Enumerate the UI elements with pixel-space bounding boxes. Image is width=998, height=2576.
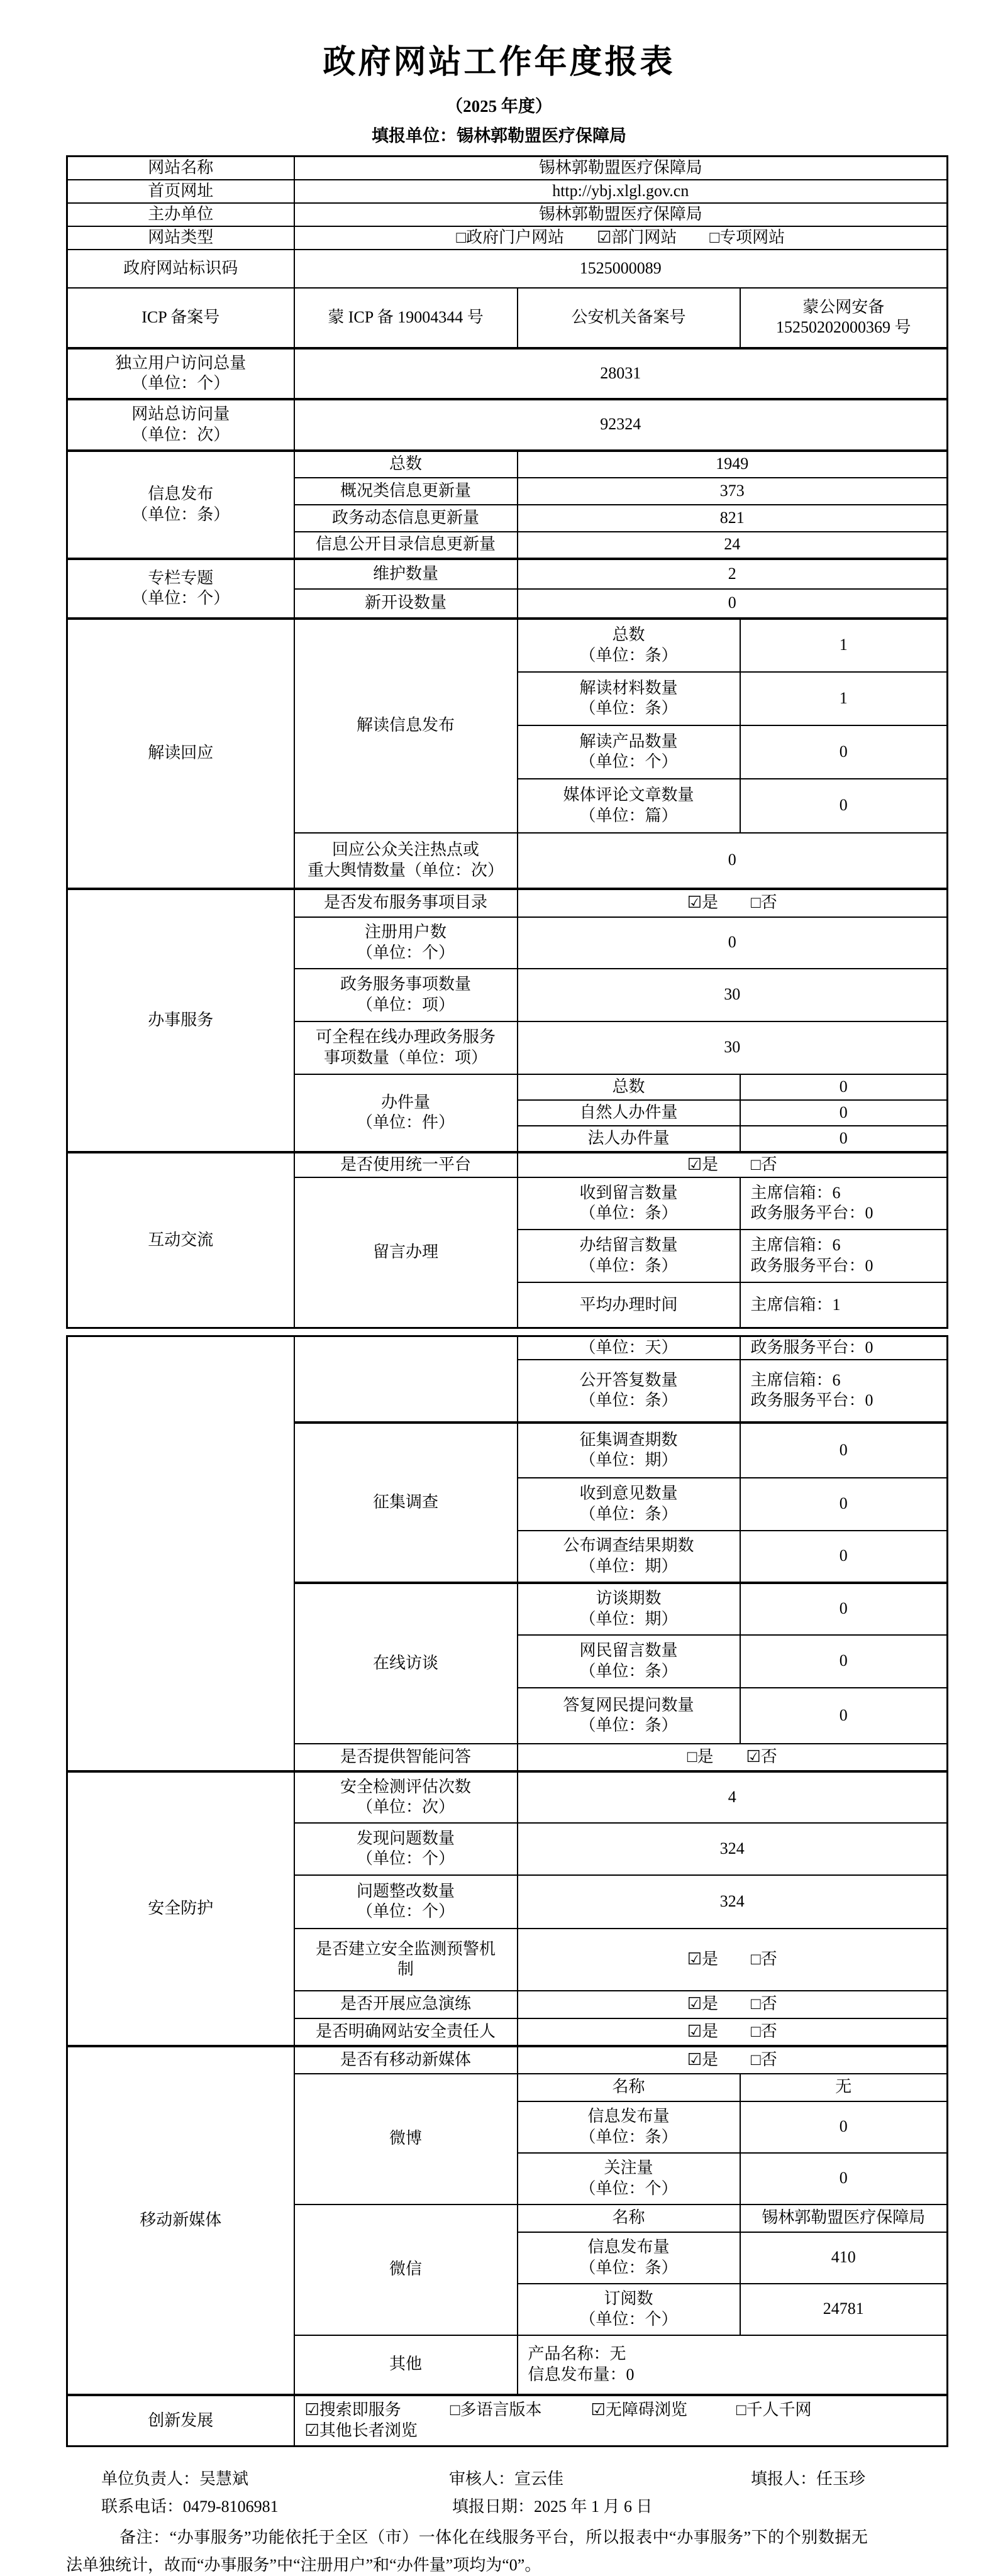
service-catalog-label: 是否发布服务事项目录 [294, 889, 518, 917]
remark-note: 备注：“办事服务”功能依托于全区（市）一体化在线服务平台，所以报表中“办事服务”… [66, 2524, 946, 2576]
form-filler: 填报人：任玉珍 [751, 2466, 865, 2489]
other-media-value: 产品名称：无 信息发布量：0 [518, 2335, 948, 2395]
security-monitor-label: 是否建立安全监测预警机 制 [294, 1929, 518, 1991]
info-overview-value: 373 [518, 478, 948, 505]
site-code-label: 政府网站标识码 [67, 250, 294, 288]
columns-section-label: 专栏专题 （单位：个） [67, 559, 294, 619]
reporting-unit: 填报单位：锡林郭勒盟医疗保障局 [0, 122, 998, 146]
message-done-label: 办结留言数量 （单位：条） [518, 1230, 740, 1282]
interview-reply-label: 答复网民提问数量 （单位：条） [518, 1688, 740, 1744]
security-monitor-checkboxes: ☑是 □否 [518, 1929, 948, 1991]
wechat-pub-label: 信息发布量 （单位：条） [518, 2232, 740, 2284]
info-pub-section-label: 信息发布 （单位：条） [67, 451, 294, 559]
security-found-label: 发现问题数量 （单位：个） [294, 1823, 518, 1875]
report-page: 政府网站工作年度报表 （2025 年度） 填报单位：锡林郭勒盟医疗保障局 网站名… [0, 0, 998, 2576]
interview-reply-value: 0 [740, 1688, 948, 1744]
police-record-label: 公安机关备案号 [518, 288, 740, 348]
unified-platform-label: 是否使用统一平台 [294, 1152, 518, 1177]
info-total-value: 1949 [518, 451, 948, 478]
unique-visitors-value: 28031 [294, 348, 948, 399]
service-reg-users-value: 0 [518, 917, 948, 969]
interpret-media-label: 媒体评论文章数量 （单位：篇） [518, 779, 740, 833]
service-online-items-label: 可全程在线办理政务服务 事项数量（单位：项） [294, 1021, 518, 1074]
public-reply-value: 主席信箱：6 政务服务平台：0 [740, 1360, 948, 1423]
filling-date: 填报日期：2025 年 1 月 6 日 [452, 2494, 653, 2517]
organizer-value: 锡林郭勒盟医疗保障局 [294, 203, 948, 226]
interview-count-label: 访谈期数 （单位：期） [518, 1583, 740, 1635]
public-reply-label: 公开答复数量 （单位：条） [518, 1360, 740, 1423]
weibo-follow-label: 关注量 （单位：个） [518, 2153, 740, 2204]
columns-new-label: 新开设数量 [294, 589, 518, 619]
security-owner-label: 是否明确网站安全责任人 [294, 2018, 518, 2046]
weibo-name-label: 名称 [518, 2074, 740, 2101]
other-media-label: 其他 [294, 2335, 518, 2395]
wechat-pub-value: 410 [740, 2232, 948, 2284]
footer-contact-row: 联系电话：0479-8106981 填报日期：2025 年 1 月 6 日 [66, 2494, 946, 2521]
weibo-name-value: 无 [740, 2074, 948, 2101]
volume-legal-value: 0 [740, 1126, 948, 1152]
service-items-value: 30 [518, 969, 948, 1021]
interact-section-label: 互动交流 [67, 1152, 294, 1328]
columns-new-value: 0 [518, 589, 948, 619]
innovation-checkboxes: ☑搜索即服务 □多语言版本 ☑无障碍浏览 □千人千网 ☑其他长者浏览 [294, 2395, 948, 2447]
info-total-label: 总数 [294, 451, 518, 478]
interpret-media-value: 0 [740, 779, 948, 833]
interpret-total-label: 总数 （单位：条） [518, 619, 740, 672]
interview-msg-label: 网民留言数量 （单位：条） [518, 1635, 740, 1688]
contact-phone: 联系电话：0479-8106981 [101, 2494, 279, 2517]
message-received-value: 主席信箱：6 政务服务平台：0 [740, 1177, 948, 1230]
unique-visitors-label: 独立用户访问总量 （单位：个） [67, 348, 294, 399]
columns-maintain-value: 2 [518, 559, 948, 589]
wechat-name-label: 名称 [518, 2204, 740, 2232]
info-catalog-value: 24 [518, 532, 948, 559]
message-handling-continued [294, 1336, 518, 1423]
total-visits-value: 92324 [294, 399, 948, 451]
interpret-hotspot-label: 回应公众关注热点或 重大舆情数量（单位：次） [294, 833, 518, 889]
interview-section-label: 在线访谈 [294, 1583, 518, 1744]
message-avg-time-value: 主席信箱：1 [740, 1282, 948, 1328]
home-url-value: http://ybj.xlgl.gov.cn [294, 180, 948, 203]
total-visits-label: 网站总访问量 （单位：次） [67, 399, 294, 451]
has-mobile-checkboxes: ☑是 □否 [518, 2046, 948, 2074]
message-avg-time-value2: 政务服务平台：0 [740, 1336, 948, 1360]
security-assess-value: 4 [518, 1771, 948, 1823]
message-avg-time-label: 平均办理时间 [518, 1282, 740, 1328]
volume-person-label: 自然人办件量 [518, 1100, 740, 1126]
volume-total-label: 总数 [518, 1074, 740, 1100]
security-owner-checkboxes: ☑是 □否 [518, 2018, 948, 2046]
survey-count-label: 征集调查期数 （单位：期） [518, 1423, 740, 1478]
survey-result-label: 公布调查结果期数 （单位：期） [518, 1531, 740, 1583]
site-name-label: 网站名称 [67, 157, 294, 180]
service-items-label: 政务服务事项数量 （单位：项） [294, 969, 518, 1021]
interpret-material-value: 1 [740, 672, 948, 725]
icp-value: 蒙 ICP 备 19004344 号 [294, 288, 518, 348]
message-done-value: 主席信箱：6 政务服务平台：0 [740, 1230, 948, 1282]
footer-signature-row: 单位负责人：吴慧斌 审核人：宣云佳 填报人：任玉珍 [66, 2466, 946, 2494]
organizer-label: 主办单位 [67, 203, 294, 226]
report-table-part1: 网站名称锡林郭勒盟医疗保障局 首页网址http://ybj.xlgl.gov.c… [66, 155, 948, 1329]
interpret-total-value: 1 [740, 619, 948, 672]
wechat-sub-label: 订阅数 （单位：个） [518, 2284, 740, 2335]
weibo-pub-value: 0 [740, 2101, 948, 2153]
security-found-value: 324 [518, 1823, 948, 1875]
page-title: 政府网站工作年度报表 [0, 0, 998, 82]
columns-maintain-label: 维护数量 [294, 559, 518, 589]
security-fixed-label: 问题整改数量 （单位：个） [294, 1875, 518, 1929]
site-code-value: 1525000089 [294, 250, 948, 288]
service-reg-users-label: 注册用户数 （单位：个） [294, 917, 518, 969]
weibo-follow-value: 0 [740, 2153, 948, 2204]
interpret-hotspot-value: 0 [518, 833, 948, 889]
info-overview-label: 概况类信息更新量 [294, 478, 518, 505]
smart-qa-label: 是否提供智能问答 [294, 1744, 518, 1771]
volume-person-value: 0 [740, 1100, 948, 1126]
service-online-items-value: 30 [518, 1021, 948, 1074]
report-footer: 单位负责人：吴慧斌 审核人：宣云佳 填报人：任玉珍 联系电话：0479-8106… [66, 2466, 946, 2576]
mobile-section-label: 移动新媒体 [67, 2046, 294, 2395]
interview-msg-value: 0 [740, 1635, 948, 1688]
has-mobile-label: 是否有移动新媒体 [294, 2046, 518, 2074]
reviewer: 审核人：宣云佳 [449, 2466, 563, 2489]
security-drill-checkboxes: ☑是 □否 [518, 1991, 948, 2018]
survey-count-value: 0 [740, 1423, 948, 1478]
survey-section-label: 征集调查 [294, 1423, 518, 1583]
security-drill-label: 是否开展应急演练 [294, 1991, 518, 2018]
survey-opinion-value: 0 [740, 1478, 948, 1531]
survey-opinion-label: 收到意见数量 （单位：条） [518, 1478, 740, 1531]
service-catalog-checkboxes: ☑是 □否 [518, 889, 948, 917]
volume-total-value: 0 [740, 1074, 948, 1100]
police-record-value: 蒙公网安备 15250202000369 号 [740, 288, 948, 348]
interview-count-value: 0 [740, 1583, 948, 1635]
icp-label: ICP 备案号 [67, 288, 294, 348]
security-fixed-value: 324 [518, 1875, 948, 1929]
message-avg-time-unit-label: （单位：天） [518, 1336, 740, 1360]
service-volume-label: 办件量 （单位：件） [294, 1074, 518, 1152]
smart-qa-checkboxes: □是 ☑否 [518, 1744, 948, 1771]
security-assess-label: 安全检测评估次数 （单位：次） [294, 1771, 518, 1823]
security-section-label: 安全防护 [67, 1771, 294, 2046]
interpret-pub-label: 解读信息发布 [294, 619, 518, 833]
survey-result-value: 0 [740, 1531, 948, 1583]
interpret-product-value: 0 [740, 725, 948, 779]
weibo-label: 微博 [294, 2074, 518, 2204]
site-name-value: 锡林郭勒盟医疗保障局 [294, 157, 948, 180]
service-section-label: 办事服务 [67, 889, 294, 1152]
interpret-material-label: 解读材料数量 （单位：条） [518, 672, 740, 725]
wechat-label: 微信 [294, 2204, 518, 2335]
info-catalog-label: 信息公开目录信息更新量 [294, 532, 518, 559]
interact-section-continued [67, 1336, 294, 1771]
unified-platform-checkboxes: ☑是 □否 [518, 1152, 948, 1177]
innovation-section-label: 创新发展 [67, 2395, 294, 2447]
info-dynamic-label: 政务动态信息更新量 [294, 505, 518, 532]
message-handling-label: 留言办理 [294, 1177, 518, 1328]
interpret-section-label: 解读回应 [67, 619, 294, 889]
interpret-product-label: 解读产品数量 （单位：个） [518, 725, 740, 779]
wechat-name-value: 锡林郭勒盟医疗保障局 [740, 2204, 948, 2232]
unit-principal: 单位负责人：吴慧斌 [101, 2466, 248, 2489]
report-table-part2: （单位：天）政务服务平台：0 公开答复数量 （单位：条）主席信箱：6 政务服务平… [66, 1335, 948, 2447]
site-type-options: □政府门户网站 ☑部门网站 □专项网站 [294, 226, 948, 250]
info-dynamic-value: 821 [518, 505, 948, 532]
wechat-sub-value: 24781 [740, 2284, 948, 2335]
report-year: （2025 年度） [0, 92, 998, 117]
message-received-label: 收到留言数量 （单位：条） [518, 1177, 740, 1230]
volume-legal-label: 法人办件量 [518, 1126, 740, 1152]
site-type-label: 网站类型 [67, 226, 294, 250]
home-url-label: 首页网址 [67, 180, 294, 203]
weibo-pub-label: 信息发布量 （单位：条） [518, 2101, 740, 2153]
